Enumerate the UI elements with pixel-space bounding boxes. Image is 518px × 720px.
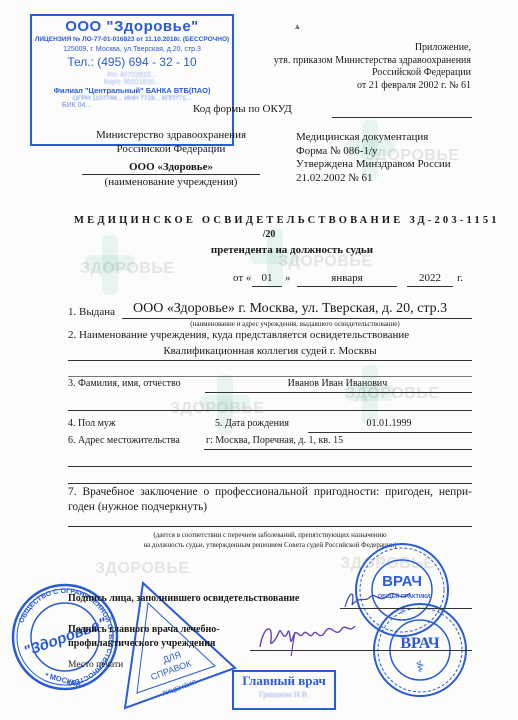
filler-signature-label: Подпись лица, заполнившего освидетельств… <box>68 593 299 604</box>
date-year-line <box>407 286 453 287</box>
conclusion-text: 7. Врачебное заключение о профессиональн… <box>68 485 472 515</box>
chief-doctor-stamp-title: Главный врач <box>234 672 334 690</box>
corner-stamp-address: 125009, г. Москва, ул.Тверская, д.20, ст… <box>32 46 232 53</box>
issued-caption: (наименование и адрес учреждения, выдавш… <box>120 320 470 328</box>
watermark-text: ЗДОРОВЬЕ <box>80 260 175 278</box>
appendix-line-4: от 21 февраля 2002 г. № 61 <box>260 80 471 93</box>
birth-line <box>308 432 472 433</box>
conclusion-caption-line-1: (дается в соответствии с перечнем заболе… <box>68 530 472 540</box>
form-info-line-2: Форма № 086-1/у <box>296 145 451 159</box>
chief-signature-label-line-2: профилактического учреждения <box>68 637 220 651</box>
watermark-text: ЗДОРОВЬЕ <box>95 560 190 578</box>
birth-label: 5. Дата рождения <box>215 418 289 429</box>
fio-line-2 <box>68 410 472 411</box>
form-info-line-1: Медицинская документация <box>296 131 451 145</box>
filler-signature-icon <box>340 585 420 615</box>
corner-stamp-phone: Тел.: (495) 694 - 32 - 10 <box>32 55 232 69</box>
document-subtitle: претендента на должность судьи <box>142 244 442 256</box>
corner-stamp-bank: Филиал "Центральный" БАНКА ВТБ(ПАО) <box>32 86 232 95</box>
watermark-text: ЗДОРОВЬЕ <box>170 400 265 418</box>
target-line <box>68 360 472 361</box>
ministry-line-1: Министерство здравоохранения <box>82 128 260 142</box>
address-label: 6. Адрес местожительства <box>68 435 180 446</box>
address-line-2 <box>68 466 472 467</box>
target-line-2 <box>68 376 472 377</box>
ministry-block: Министерство здравоохранения Российской … <box>82 128 260 174</box>
date-month-line <box>297 286 397 287</box>
chief-signature-label-line-1: Подпись главного врача лечебно- <box>68 623 220 637</box>
chief-doctor-stamp: Главный врач Гришаева Н.В. <box>232 670 336 710</box>
date-year[interactable]: 2022 <box>407 272 453 284</box>
appendix-line-2: утв. приказом Министерства здравоохранен… <box>260 55 471 68</box>
chief-signature-label: Подпись главного врача лечебно- профилак… <box>68 623 220 651</box>
date-day[interactable]: 01 <box>252 272 282 284</box>
target-label: 2. Наименование учреждения, куда предста… <box>68 329 409 341</box>
document-title: МЕДИЦИНСКОЕ ОСВИДЕТЕЛЬСТВОВАНИЕ ЗД-203-1… <box>74 215 500 226</box>
date-close-quote: » <box>285 272 291 284</box>
corner-stamp-license: ЛИЦЕНЗИЯ № ЛО-77-01-016823 от 11.10.2018… <box>32 36 232 43</box>
date-suffix: г. <box>457 272 463 284</box>
svg-text:ЛИЦЕНЗИЯ: ЛИЦЕНЗИЯ <box>161 679 198 698</box>
corner-stamp-ogrn: ОГРН 1107746... ИНН 7728... КПП771... <box>32 95 232 102</box>
okud-label: Код формы по ОКУД <box>193 103 292 115</box>
form-info: Медицинская документация Форма № 086-1/у… <box>296 131 451 185</box>
fio-label: 3. Фамилия, имя, отчество <box>68 378 181 389</box>
form-info-line-4: 21.02.2002 № 61 <box>296 172 451 186</box>
appendix-line-1: Приложение, <box>260 42 471 55</box>
fio-line <box>205 392 472 393</box>
okud-field[interactable] <box>332 117 472 118</box>
scan-mark: ѧ <box>295 22 300 31</box>
issued-label: 1. Выдана <box>68 306 115 318</box>
date-month[interactable]: января <box>297 272 397 284</box>
ministry-line-2: Российской Федерации <box>82 142 260 156</box>
chief-doctor-stamp-name: Гришаева Н.В. <box>234 690 334 699</box>
address-line-3 <box>68 483 472 484</box>
issued-value[interactable]: ООО «Здоровье» г. Москва, ул. Тверская, … <box>133 301 447 317</box>
target-value[interactable]: Квалификационная коллегия судей г. Москв… <box>68 345 472 357</box>
corner-stamp-company: ООО "Здоровье" <box>32 18 232 35</box>
seal-place-label: Место печати <box>68 660 123 670</box>
chief-signature-icon <box>255 612 365 657</box>
date-prefix: от « <box>233 272 251 284</box>
date-day-line <box>252 286 282 287</box>
birth-value[interactable]: 01.01.1999 <box>308 418 470 429</box>
address-line <box>204 449 472 450</box>
address-value[interactable]: г: Москва, Поречная, д. 1, кв. 15 <box>206 435 343 446</box>
corner-stamp-corr-account: Кор/с 30101810... <box>32 79 232 86</box>
appendix-block: Приложение, утв. приказом Министерства з… <box>260 42 471 92</box>
appendix-line-3: Российской Федерации <box>260 67 471 80</box>
corner-stamp-account: Р/с 40702810... <box>32 72 232 79</box>
corner-stamp: ООО "Здоровье" ЛИЦЕНЗИЯ № ЛО-77-01-01682… <box>30 14 234 146</box>
issued-line <box>122 318 472 319</box>
document-number-suffix: /20 <box>0 229 518 240</box>
org-caption: (наименование учреждения) <box>82 176 260 188</box>
fio-value[interactable]: Иванов Иван Иванович <box>205 378 470 389</box>
svg-text:⚕: ⚕ <box>416 659 425 676</box>
org-name: ООО «Здоровье» <box>82 160 260 174</box>
sex-label: 4. Пол муж <box>68 418 116 429</box>
org-name-line <box>82 174 260 175</box>
form-info-line-3: Утверждена Минздравом России <box>296 158 451 172</box>
conclusion-line[interactable] <box>68 526 472 527</box>
